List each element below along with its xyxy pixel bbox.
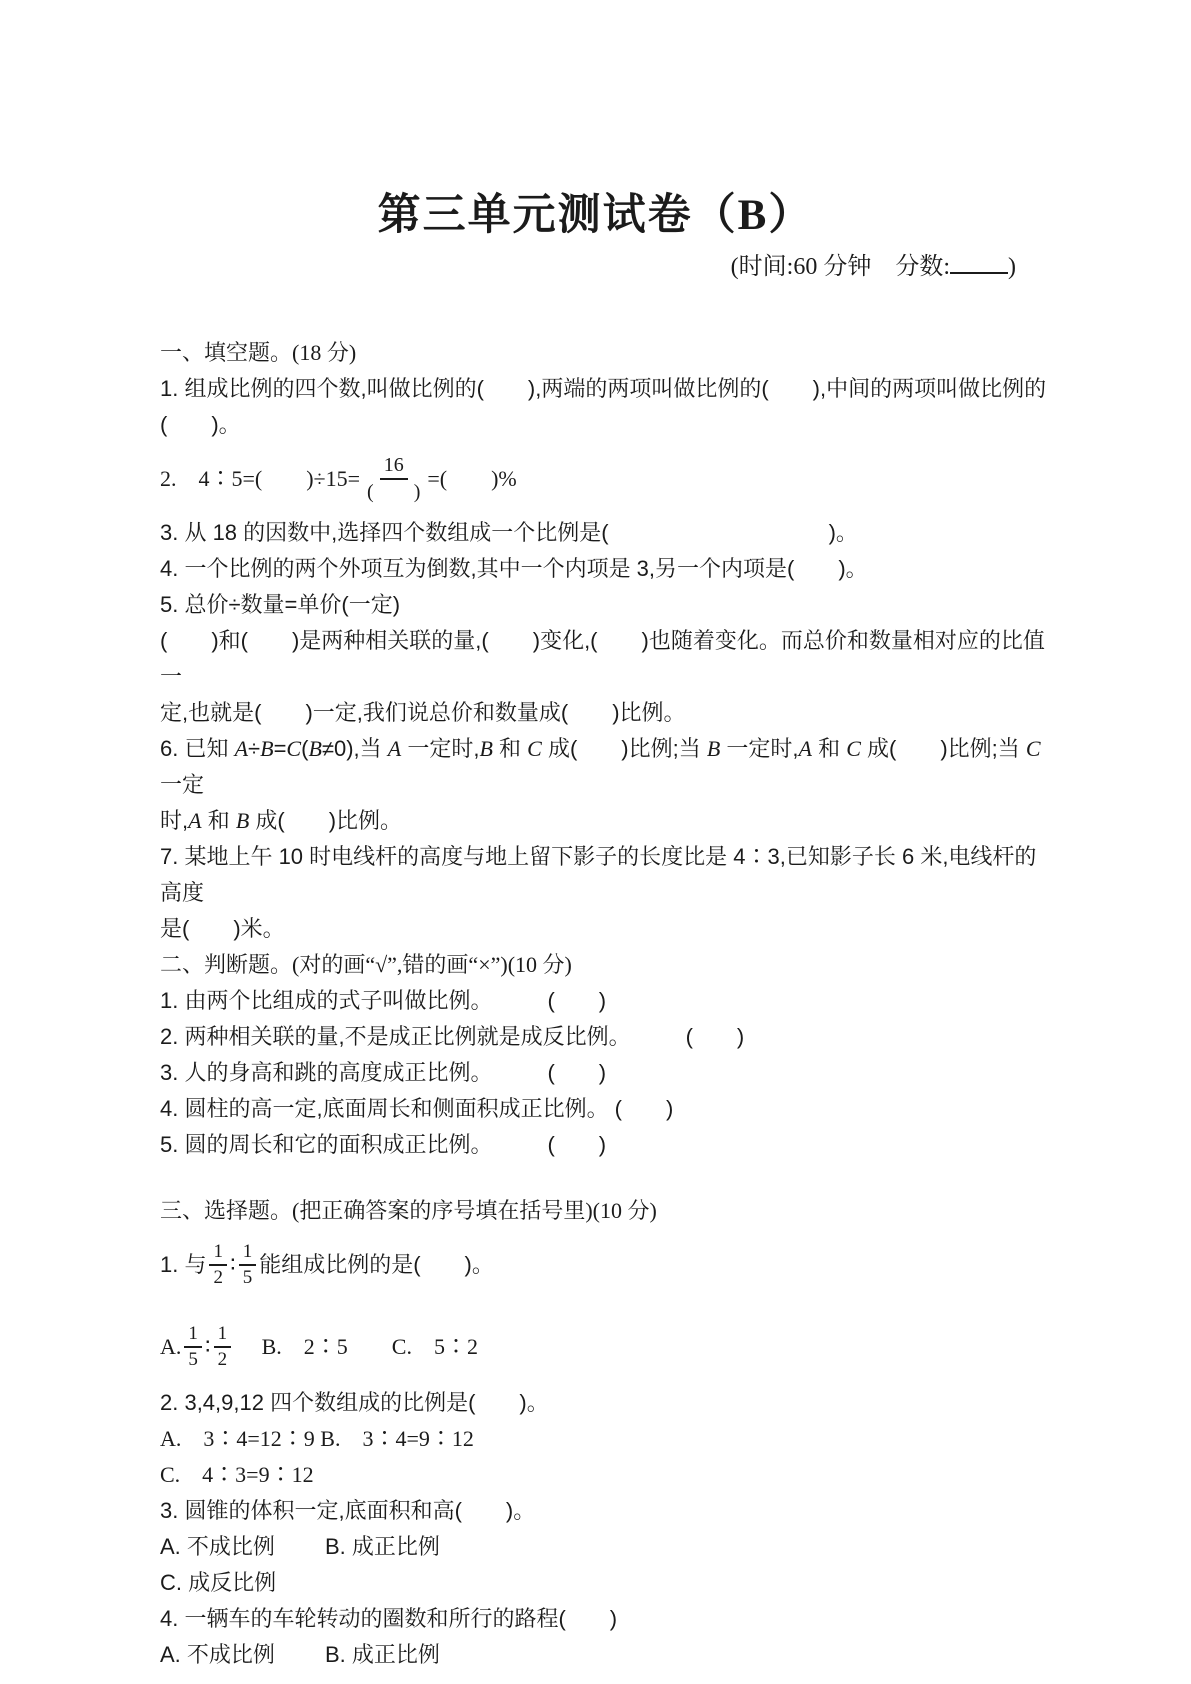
meta-close: ) (1008, 254, 1016, 280)
section1-heading: 一、填空题。(18 分) (160, 335, 1051, 371)
s2-item-2: 2. 两种相关联的量,不是成正比例就是成反比例。 ( ) (160, 1019, 1051, 1055)
fraction-denominator: 2 (209, 1266, 227, 1289)
s3-q3-options-1: A. 不成比例 B. 成正比例 (160, 1529, 1051, 1565)
s1-q7-line1: 7. 某地上午 10 时电线杆的高度与地上留下影子的长度比是 4∶3,已知影子长… (160, 839, 1051, 911)
fraction-denominator: 5 (184, 1348, 202, 1371)
s1-q2: 2. 4∶5=( )÷15= 16 ( ) =( )% (160, 443, 1051, 515)
fraction-numerator: 1 (239, 1241, 257, 1266)
fraction-numerator: 1 (214, 1323, 232, 1348)
fraction-one-half: 1 2 (214, 1323, 232, 1371)
fraction-16-over-blank: 16 ( ) (363, 454, 424, 504)
section2-heading: 二、判断题。(对的画“√”,错的画“×”)(10 分) (160, 947, 1051, 983)
meta-label: (时间:60 分钟 分数: (731, 254, 950, 280)
ratio-colon: ∶ (230, 1247, 236, 1283)
s3-q3: 3. 圆锥的体积一定,底面积和高( )。 (160, 1493, 1051, 1529)
s3-q2: 2. 3,4,9,12 四个数组成的比例是( )。 (160, 1385, 1051, 1421)
fraction-one-fifth: 1 5 (184, 1323, 202, 1371)
s1-q2-pre: 2. 4∶5=( )÷15= (160, 461, 360, 497)
s2-item-1: 1. 由两个比组成的式子叫做比例。 ( ) (160, 983, 1051, 1019)
fraction-numerator: 1 (209, 1241, 227, 1266)
s1-q5-line3: 定,也就是( )一定,我们说总价和数量成( )比例。 (160, 695, 1051, 731)
s1-q1-line1: 1. 组成比例的四个数,叫做比例的( ),两端的两项叫做比例的( ),中间的两项… (160, 371, 1051, 407)
fraction-one-half: 1 2 (209, 1241, 227, 1289)
s2-item-4: 4. 圆柱的高一定,底面周长和侧面积成正比例。 ( ) (160, 1091, 1051, 1127)
fraction-denominator: ( ) (363, 480, 424, 504)
s1-q5-line1: 5. 总价÷数量=单价(一定) (160, 587, 1051, 623)
s1-q5-line2: ( )和( )是两种相关联的量,( )变化,( )也随着变化。而总价和数量相对应… (160, 623, 1051, 695)
s1-q3: 3. 从 18 的因数中,选择四个数组成一个比例是( )。 (160, 515, 1051, 551)
score-blank-line (950, 250, 1008, 274)
ratio-colon: ∶ (205, 1329, 211, 1365)
fraction-denominator: 5 (239, 1266, 257, 1289)
s3-q3-options-2: C. 成反比例 (160, 1565, 1051, 1601)
s3-q2-options-2: C. 4∶3=9∶12 (160, 1457, 1051, 1493)
option-a-label: A. (160, 1329, 181, 1365)
fraction-one-fifth: 1 5 (239, 1241, 257, 1289)
exam-meta: (时间:60 分钟 分数:) (0, 250, 1191, 282)
s1-q7-line2: 是( )米。 (160, 911, 1051, 947)
fraction-numerator: 16 (380, 454, 408, 480)
s3-q1-post: 能组成比例的是( )。 (259, 1247, 494, 1283)
s3-q1: 1. 与 1 2 ∶ 1 5 能组成比例的是( )。 (160, 1229, 1051, 1301)
s3-q4-options-1: A. 不成比例 B. 成正比例 (160, 1637, 1051, 1673)
s2-item-3: 3. 人的身高和跳的高度成正比例。 ( ) (160, 1055, 1051, 1091)
s3-q2-options-1: A. 3∶4=12∶9 B. 3∶4=9∶12 (160, 1421, 1051, 1457)
s2-item-5: 5. 圆的周长和它的面积成正比例。 ( ) (160, 1127, 1051, 1163)
s1-q4: 4. 一个比例的两个外项互为倒数,其中一个内项是 3,另一个内项是( )。 (160, 551, 1051, 587)
s3-q1-options-rest: B. 2∶5 C. 5∶2 (234, 1329, 478, 1365)
s3-q1-options: A. 1 5 ∶ 1 2 B. 2∶5 C. 5∶2 (160, 1309, 1051, 1385)
fraction-denominator: 2 (214, 1348, 232, 1371)
s1-q2-post: =( )% (427, 461, 516, 497)
worksheet-page: 第三单元测试卷（B） (时间:60 分钟 分数:) 一、填空题。(18 分) 1… (0, 0, 1191, 1684)
fraction-numerator: 1 (184, 1323, 202, 1348)
s1-q6-line2: 时,A 和 B 成( )比例。 (160, 803, 1051, 839)
section3-heading: 三、选择题。(把正确答案的序号填在括号里)(10 分) (160, 1193, 1051, 1229)
content: 一、填空题。(18 分) 1. 组成比例的四个数,叫做比例的( ),两端的两项叫… (160, 335, 1051, 1673)
s1-q6-line1: 6. 已知 A÷B=C(B≠0),当 A 一定时,B 和 C 成( )比例;当 … (160, 731, 1051, 803)
page-title: 第三单元测试卷（B） (0, 0, 1191, 242)
s3-q4: 4. 一辆车的车轮转动的圈数和所行的路程( ) (160, 1601, 1051, 1637)
s1-q1-line2: ( )。 (160, 407, 1051, 443)
s3-q1-pre: 1. 与 (160, 1247, 206, 1283)
